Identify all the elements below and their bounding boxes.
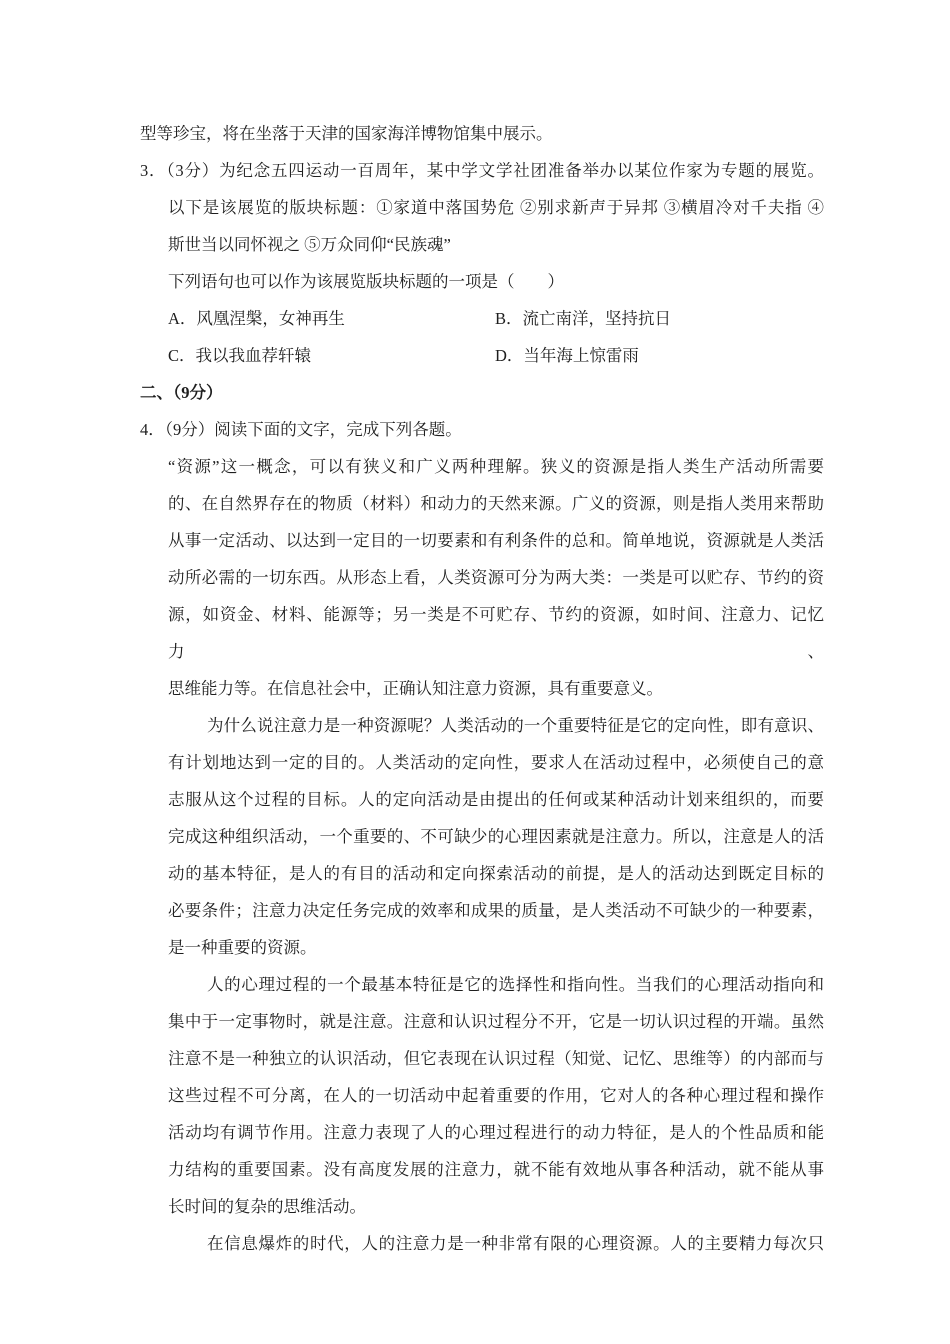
option-d: D．当年海上惊雷雨 (495, 337, 639, 374)
option-b-label: B． (495, 309, 523, 328)
passage-line: 动所必需的一切东西。从形态上看，人类资源可分为两大类：一类是可以贮存、节约的资 (168, 559, 824, 596)
option-d-text: 当年海上惊雷雨 (523, 346, 639, 365)
section-2-heading: 二、（9分） (140, 374, 824, 411)
passage-line: 活动均有调节作用。注意力表现了人的心理过程进行的动力特征，是人的个性品质和能 (168, 1114, 824, 1151)
option-c: C．我以我血荐轩辕 (168, 337, 311, 374)
q3-titles-line: 以下是该展览的版块标题：①家道中落国势危 ②别求新声于异邦 ③横眉冷对千夫指 ④ (168, 189, 824, 226)
passage-line: 这些过程不可分离，在人的一切活动中起着重要的作用，它对人的各种心理过程和操作 (168, 1077, 824, 1114)
passage-line: 思维能力等。在信息社会中，正确认知注意力资源，具有重要意义。 (168, 670, 824, 707)
passage-line: 集中于一定事物时，就是注意。注意和认识过程分不开，它是一切认识过程的开端。虽然 (168, 1003, 824, 1040)
reading-passage: “资源”这一概念，可以有狭义和广义两种理解。狭义的资源是指人类生产活动所需要的、… (168, 448, 824, 1262)
passage-line: 注意不是一种独立的认识活动，但它表现在认识过程（知觉、记忆、思维等）的内部而与 (168, 1040, 824, 1077)
passage-line: 是一种重要的资源。 (168, 929, 824, 966)
passage-line: 人的心理过程的一个最基本特征是它的选择性和指向性。当我们的心理活动指向和 (168, 966, 824, 1003)
passage-line: 完成这种组织活动，一个重要的、不可缺少的心理因素就是注意力。所以，注意是人的活 (168, 818, 824, 855)
passage-line: 源，如资金、材料、能源等；另一类是不可贮存、节约的资源，如时间、注意力、记忆力、 (168, 596, 824, 670)
option-a: A．风凰涅槃，女神再生 (168, 300, 345, 337)
passage-line: 志服从这个过程的目标。人的定向活动是由提出的任何或某种活动计划来组织的，而要 (168, 781, 824, 818)
option-d-label: D． (495, 346, 523, 365)
page-content: 型等珍宝，将在坐落于天津的国家海洋博物馆集中展示。 3．（3分）为纪念五四运动一… (140, 115, 824, 1262)
q2-tail-line: 型等珍宝，将在坐落于天津的国家海洋博物馆集中展示。 (140, 115, 824, 152)
q3-options-row-2: C．我以我血荐轩辕 D．当年海上惊雷雨 (168, 337, 824, 374)
option-c-label: C． (168, 346, 196, 365)
passage-line: 长时间的复杂的思维活动。 (168, 1188, 824, 1225)
option-a-text: 风凰涅槃，女神再生 (196, 309, 345, 328)
option-a-label: A． (168, 309, 196, 328)
passage-line: 力结构的重要国素。没有高度发展的注意力，就不能有效地从事各种活动，就不能从事 (168, 1151, 824, 1188)
option-b: B．流亡南洋，坚持抗日 (495, 300, 671, 337)
passage-line: 必要条件；注意力决定任务完成的效率和成果的质量，是人类活动不可缺少的一种要素， (168, 892, 824, 929)
q4-lead-line: 4．（9分）阅读下面的文字，完成下列各题。 (140, 411, 824, 448)
q3-lead-line: 3．（3分）为纪念五四运动一百周年，某中学文学社团准备举办以某位作家为专题的展览… (140, 152, 824, 189)
option-b-text: 流亡南洋，坚持抗日 (523, 309, 672, 328)
q3-titles-line-2: 斯世当以同怀视之 ⑤万众同仰“民族魂” (168, 226, 824, 263)
passage-line: 的、在自然界存在的物质（材料）和动力的天然来源。广义的资源，则是指人类用来帮助 (168, 485, 824, 522)
passage-line: “资源”这一概念，可以有狭义和广义两种理解。狭义的资源是指人类生产活动所需要 (168, 448, 824, 485)
passage-line: 在信息爆炸的时代，人的注意力是一种非常有限的心理资源。人的主要精力每次只 (168, 1225, 824, 1262)
exam-page: 型等珍宝，将在坐落于天津的国家海洋博物馆集中展示。 3．（3分）为纪念五四运动一… (0, 0, 950, 1344)
q3-options-row-1: A．风凰涅槃，女神再生 B．流亡南洋，坚持抗日 (168, 300, 824, 337)
passage-line: 从事一定活动、以达到一定目的一切要素和有利条件的总和。简单地说，资源就是人类活 (168, 522, 824, 559)
passage-line: 为什么说注意力是一种资源呢？人类活动的一个重要特征是它的定向性，即有意识、 (168, 707, 824, 744)
q3-stem-line: 下列语句也可以作为该展览版块标题的一项是（ ） (168, 263, 824, 300)
passage-line: 动的基本特征，是人的有目的活动和定向探索活动的前提，是人的活动达到既定目标的 (168, 855, 824, 892)
option-c-text: 我以我血荐轩辕 (196, 346, 312, 365)
passage-line: 有计划地达到一定的目的。人类活动的定向性，要求人在活动过程中，必须使自己的意 (168, 744, 824, 781)
q3-body: 以下是该展览的版块标题：①家道中落国势危 ②别求新声于异邦 ③横眉冷对千夫指 ④… (168, 189, 824, 374)
